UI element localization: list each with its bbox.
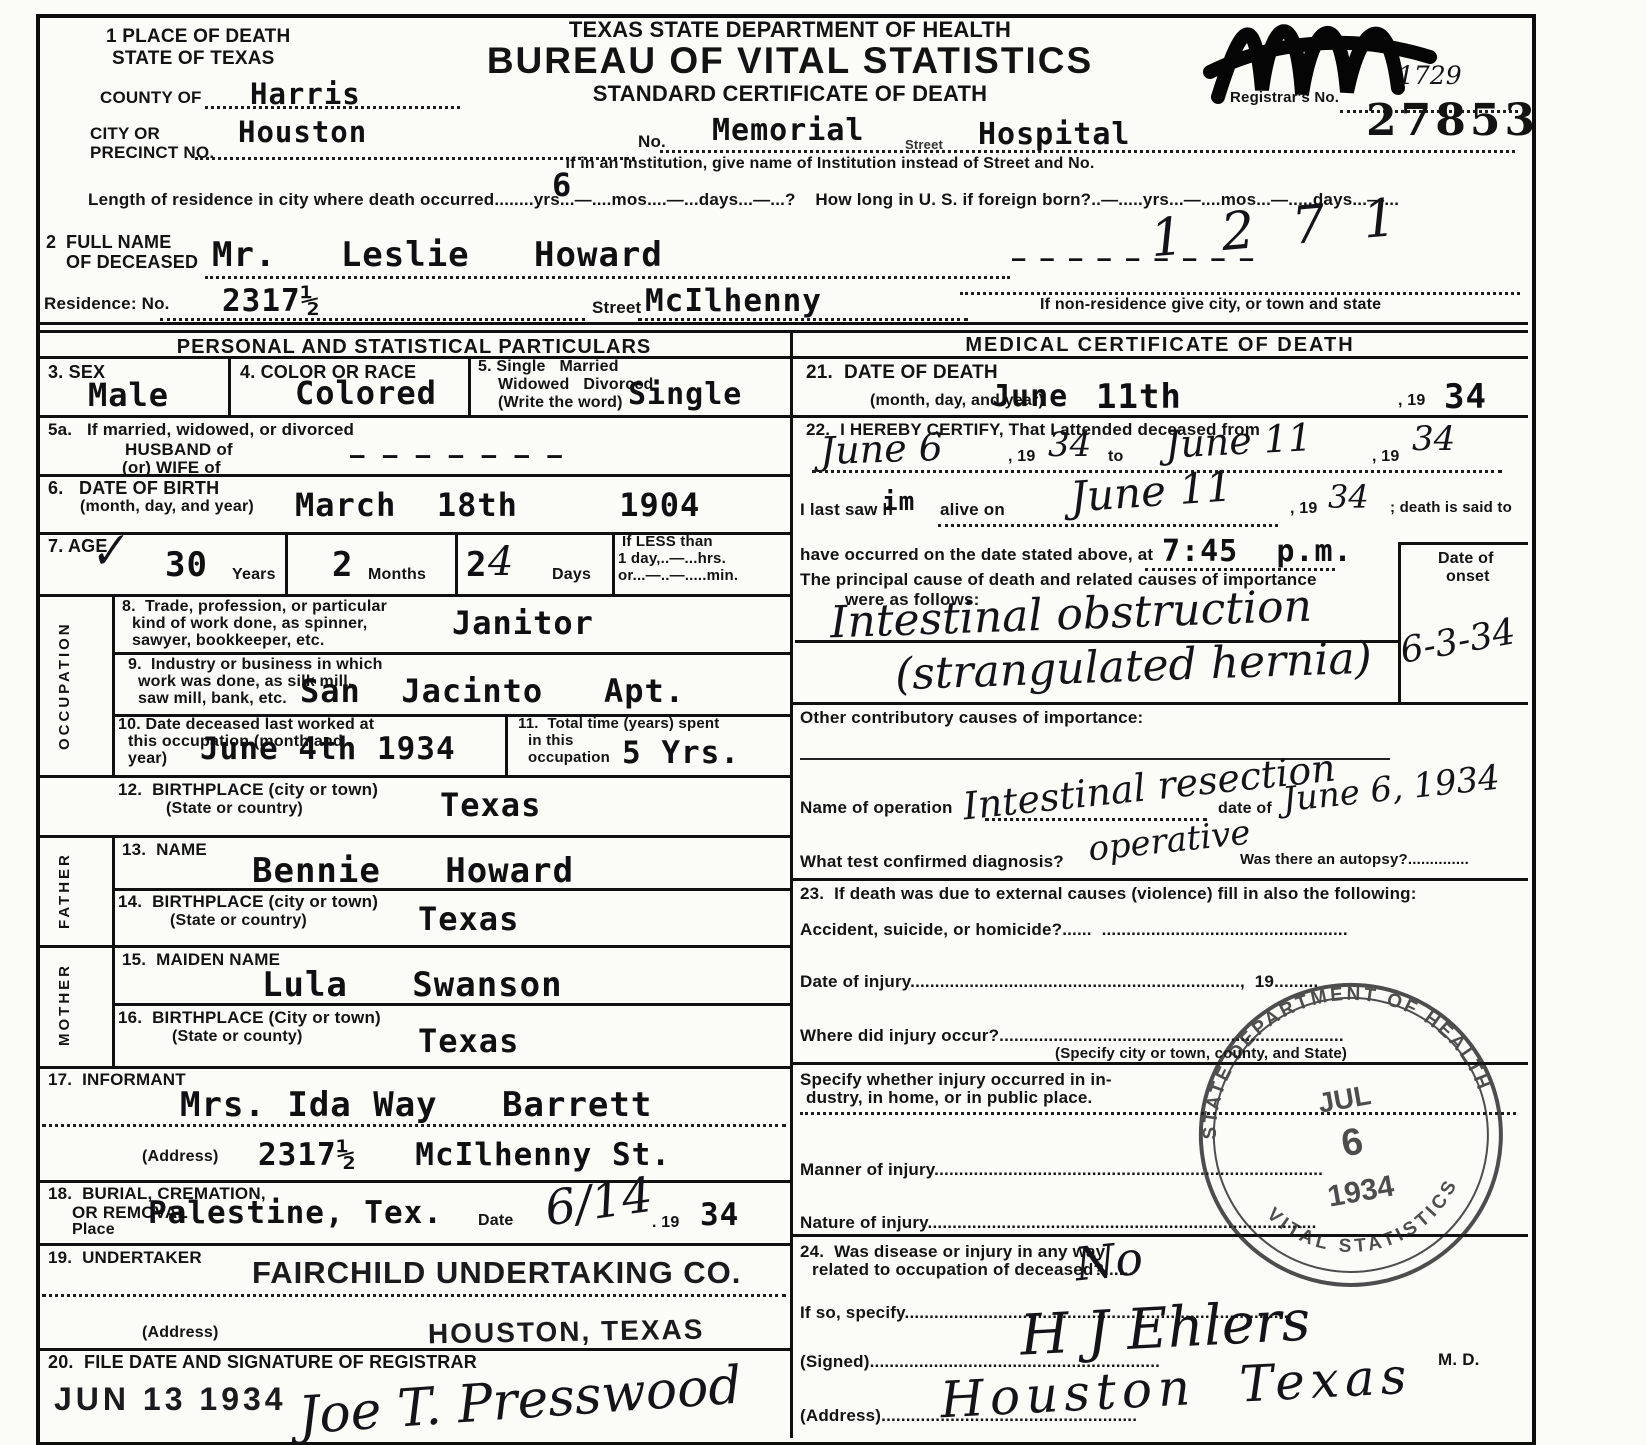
father-name-label: 13. NAME: [122, 840, 207, 859]
undertaker-address-label: (Address): [142, 1324, 218, 1342]
registrar-no-label: Registrar's No.: [1230, 90, 1339, 107]
divider: [285, 532, 288, 594]
attended-from-year: 34: [1048, 426, 1091, 464]
onset-label-2: onset: [1446, 568, 1490, 586]
autopsy-label: Was there an autopsy?..............: [1240, 852, 1469, 869]
injury-specify-2: dustry, in home, or in public place.: [806, 1088, 1092, 1107]
fullname-label-2: OF DECEASED: [66, 252, 198, 272]
rule: [40, 415, 790, 418]
institution-no-label: No.: [638, 132, 666, 151]
mother-birthplace-label: 16. BIRTHPLACE (City or town): [118, 1008, 381, 1027]
industry-value: San Jacinto Apt.: [300, 674, 685, 710]
file-date-stamp: JUN 13 1934: [54, 1382, 287, 1418]
last-worked-label-3: year): [128, 750, 167, 768]
birthdate-sub: (month, day, and year): [80, 498, 254, 516]
rule: [40, 1243, 790, 1246]
last-saw-label-2: alive on: [940, 500, 1005, 519]
dotted-rule: [660, 150, 1515, 153]
header-standard-certificate: STANDARD CERTIFICATE OF DEATH: [470, 82, 1110, 107]
birthplace-value: Texas: [440, 788, 541, 824]
burial-year-value: 34: [700, 1198, 739, 1233]
trade-label-3: sawyer, bookkeeper, etc.: [132, 632, 324, 650]
fullname-number: 2: [46, 232, 56, 252]
dotted-rule: [160, 318, 585, 321]
city-label-1: CITY OR: [90, 124, 160, 143]
onset-label-1: Date of: [1438, 550, 1494, 568]
institution-name-2: Hospital: [978, 118, 1131, 152]
stamp-day: 6: [1338, 1120, 1366, 1165]
age-months-unit: Months: [368, 566, 426, 584]
death-date-month: June: [992, 380, 1068, 414]
attended-to-year: 34: [1412, 420, 1455, 458]
spouse-label-1: 5a. If married, widowed, or divorced: [48, 420, 354, 439]
rule: [792, 702, 1528, 705]
death-date-day: 11th: [1096, 378, 1182, 416]
side-label-mother: MOTHER: [56, 955, 73, 1055]
burial-place-value: Palestine, Tex.: [148, 1196, 443, 1231]
dotted-rule: [205, 106, 460, 109]
received-stamp: STATE DEPARTMENT OF HEALTH VITAL STATIST…: [1156, 924, 1544, 1336]
rule: [40, 356, 790, 359]
attended-to-label: to: [1108, 448, 1124, 466]
rule: [40, 594, 790, 597]
county-label: COUNTY OF: [100, 88, 202, 107]
test-label: What test confirmed diagnosis?: [800, 852, 1064, 871]
marital-label-1: 5. Single Married: [478, 358, 619, 376]
divider: [112, 594, 115, 775]
rule: [40, 945, 790, 948]
last-saw-date: June 11: [1069, 462, 1234, 520]
rule: [40, 775, 790, 778]
mother-birthplace-sub: (State or county): [172, 1028, 303, 1046]
father-name-value: Bennie Howard: [252, 852, 574, 890]
last-worked-value: June 4th 1934: [200, 732, 456, 767]
residence-street-value: McIlhenny: [645, 284, 822, 319]
registrar-no-value: 1729: [1398, 62, 1462, 90]
marital-label-3: (Write the word): [498, 394, 623, 412]
rule: [40, 835, 790, 838]
column-divider: [790, 330, 793, 1438]
attended-from-year-label: , 19: [1008, 448, 1036, 466]
spouse-label-2: HUSBAND of: [125, 440, 233, 459]
mother-birthplace-value: Texas: [418, 1024, 519, 1060]
last-saw-year-label: , 19: [1290, 500, 1318, 518]
father-birthplace-value: Texas: [418, 902, 519, 938]
fullname-value: Mr. Leslie Howard: [212, 236, 663, 274]
informant-label: 17. INFORMANT: [48, 1070, 186, 1089]
rule: [38, 330, 1528, 333]
sex-value: Male: [88, 378, 169, 414]
dotted-rule: [938, 524, 1278, 527]
age-months-value: 2: [332, 546, 353, 584]
rule: [112, 888, 790, 891]
age-days-unit: Days: [552, 566, 591, 584]
attended-to-value: June 11: [1164, 416, 1313, 466]
signed-md-label: M. D.: [1438, 1350, 1480, 1369]
dotted-rule: [42, 1294, 786, 1297]
rule: [792, 878, 1528, 881]
side-label-occupation: OCCUPATION: [56, 600, 73, 772]
residence-number: 2317½: [222, 284, 320, 319]
last-saw-label-1: I last saw h: [800, 500, 893, 519]
place-of-death-label: 1 PLACE OF DEATH: [106, 26, 290, 47]
death-date-year-label: , 19: [1398, 392, 1426, 410]
related-label-1: 24. Was disease or injury in any way: [800, 1242, 1105, 1261]
race-value: Colored: [295, 376, 437, 412]
external-label: 23. If death was due to external causes …: [800, 884, 1417, 903]
rule: [112, 652, 790, 655]
informant-value: Mrs. Ida Way Barrett: [180, 1086, 652, 1124]
dotted-rule: [960, 292, 1520, 295]
last-saw-fill: im: [882, 488, 915, 517]
rule: [40, 1066, 790, 1069]
divider: [612, 532, 615, 594]
marital-value: Single: [628, 378, 742, 412]
age-days-handwritten: 4: [488, 540, 513, 585]
birthdate-value: March 18th 1904: [295, 488, 700, 524]
father-birthplace-label: 14. BIRTHPLACE (city or town): [118, 892, 378, 911]
burial-date-label: Date: [478, 1212, 513, 1230]
divider: [505, 714, 508, 775]
divider: [468, 356, 471, 415]
rule: [40, 474, 790, 477]
total-time-value: 5 Yrs.: [622, 736, 740, 771]
dotted-rule: [638, 318, 968, 321]
death-date-label: 21. DATE OF DEATH: [806, 362, 998, 383]
occurred-time: 7:45 p.m.: [1162, 535, 1353, 569]
fullname-label-1: FULL NAME: [66, 232, 171, 252]
burial-year-label: . 19: [652, 1214, 680, 1232]
residence-length-years: 6: [552, 168, 572, 204]
spouse-value-dashes: — — — — — — —: [350, 442, 564, 469]
city-value: Houston: [238, 116, 367, 148]
dotted-rule: [205, 276, 1010, 279]
institution-note: If in an Institution, give name of Insti…: [480, 155, 1180, 173]
header-bureau: BUREAU OF VITAL STATISTICS: [420, 40, 1160, 81]
undertaker-label: 19. UNDERTAKER: [48, 1248, 202, 1267]
informant-address-value: 2317½ McIlhenny St.: [258, 1138, 671, 1173]
occurred-label: have occurred on the date stated above, …: [800, 545, 1153, 564]
birthdate-label: 6. DATE OF BIRTH: [48, 478, 219, 498]
injury-specify-1: Specify whether injury occurred in in-: [800, 1070, 1112, 1089]
death-certificate: TEXAS STATE DEPARTMENT OF HEALTH BUREAU …: [0, 0, 1646, 1445]
death-date-year: 34: [1444, 378, 1487, 416]
rule: [112, 1003, 790, 1006]
birthplace-sub: (State or country): [166, 800, 303, 818]
onset-box-top: [1398, 542, 1528, 545]
industry-label-3: saw mill, bank, etc.: [138, 690, 287, 708]
last-saw-label-3: ; death is said to: [1390, 500, 1512, 517]
dotted-rule: [42, 1124, 786, 1127]
contributory-label: Other contributory causes of importance:: [800, 708, 1143, 727]
onset-box-side: [1398, 542, 1401, 702]
age-less-2: 1 day,..—...hrs.: [618, 551, 726, 568]
certificate-number-stamp: 27853: [1366, 96, 1539, 145]
stamp-year: 1934: [1325, 1169, 1397, 1213]
mother-name-label: 15. MAIDEN NAME: [122, 950, 280, 969]
total-time-label-2: in this: [528, 733, 574, 750]
state-label: STATE OF TEXAS: [112, 48, 275, 69]
rule: [40, 1180, 790, 1183]
trade-label-2: kind of work done, as spinner,: [132, 615, 367, 633]
residence-label: Residence: No.: [44, 294, 170, 313]
operation-label: Name of operation: [800, 798, 953, 817]
rule: [40, 1348, 790, 1351]
divider: [228, 356, 231, 415]
file-date-label: 20. FILE DATE AND SIGNATURE OF REGISTRAR: [48, 1352, 477, 1372]
undertaker-address-stamp: HOUSTON, TEXAS: [428, 1314, 705, 1350]
non-residence-note: If non-residence give city, or town and …: [1040, 296, 1381, 314]
header-department: TEXAS STATE DEPARTMENT OF HEALTH: [440, 18, 1140, 43]
last-saw-year: 34: [1328, 480, 1369, 516]
accident-label: Accident, suicide, or homicide?...... ..…: [800, 920, 1348, 939]
birthplace-label: 12. BIRTHPLACE (city or town): [118, 780, 378, 799]
attended-to-year-label: , 19: [1372, 448, 1400, 466]
mother-name-value: Lula Swanson: [262, 966, 563, 1004]
rule: [792, 356, 1528, 359]
burial-label-3: Place: [72, 1221, 115, 1239]
total-time-label-1: 11. Total time (years) spent: [518, 716, 719, 733]
age-less-1: If LESS than: [622, 534, 713, 551]
right-section-title: MEDICAL CERTIFICATE OF DEATH: [792, 334, 1528, 356]
side-label-father: FATHER: [56, 845, 73, 937]
rule: [38, 322, 1528, 325]
informant-address-label: (Address): [142, 1148, 218, 1166]
total-time-label-3: occupation: [528, 750, 610, 767]
undertaker-stamp-value: FAIRCHILD UNDERTAKING CO.: [252, 1256, 741, 1291]
father-birthplace-sub: (State or country): [170, 912, 307, 930]
age-days-value: 2: [466, 546, 487, 584]
age-less-3: or...—..—.....min.: [618, 568, 738, 585]
age-years-unit: Years: [232, 566, 276, 584]
attended-from-value: June 6: [819, 426, 943, 473]
divider: [455, 532, 458, 594]
age-years-value: 30: [165, 546, 208, 584]
stamp-month: JUL: [1316, 1079, 1373, 1119]
trade-value: Janitor: [452, 606, 594, 642]
institution-name-1: Memorial: [712, 114, 865, 148]
related-value: No: [1072, 1233, 1145, 1291]
trade-label-1: 8. Trade, profession, or particular: [122, 598, 387, 616]
rule: [792, 415, 1528, 418]
residence-street-label: Street: [592, 298, 641, 317]
